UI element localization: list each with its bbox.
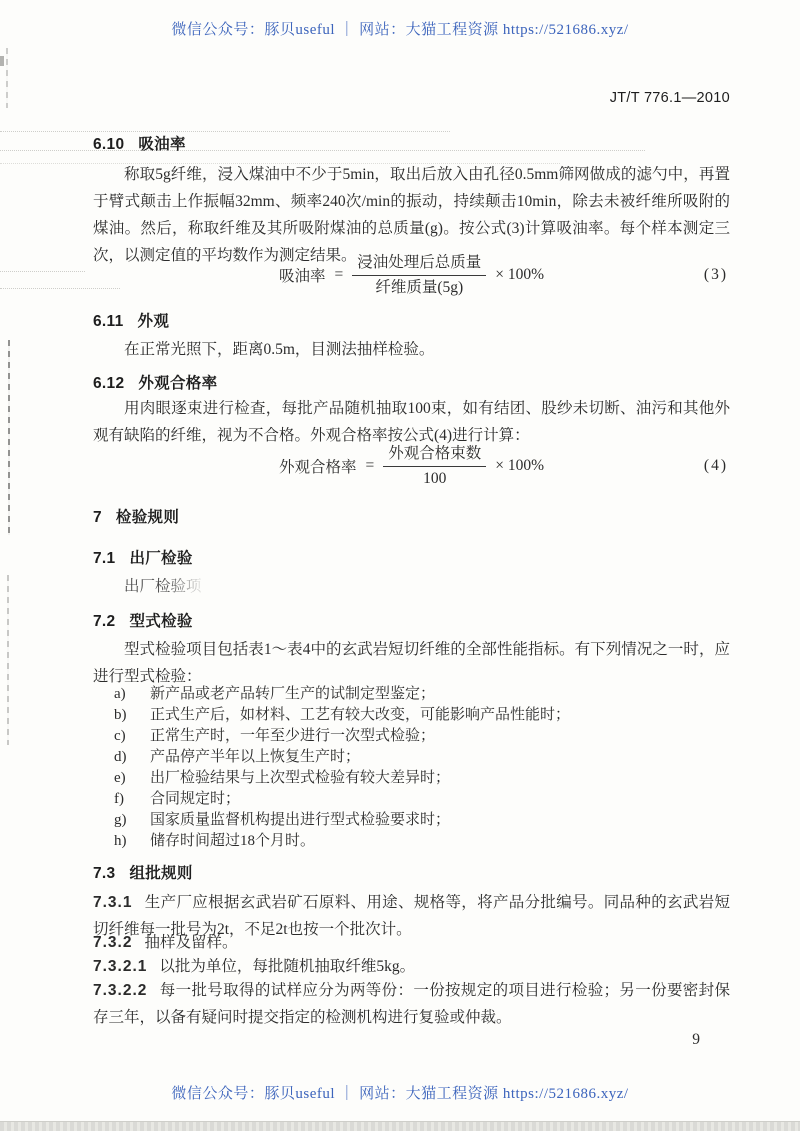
scan-artifact [0,1121,800,1131]
fraction-denominator: 纤维质量(5g) [375,276,463,298]
clause-number: 7.3.2.2 [93,982,147,999]
scan-artifact [8,340,10,535]
list-item: e) 出厂检验结果与上次型式检验有较大差异时； [93,768,730,789]
formula-lhs: 吸油率 [279,264,326,286]
formula-lhs: 外观合格率 [279,455,357,477]
section-heading-7-1: 7.1出厂检验 [93,546,730,568]
fraction: 浸油处理后总质量 纤维质量(5g) [352,253,486,298]
fraction-numerator: 浸油处理后总质量 [352,253,486,276]
list-item: c) 正常生产时，一年至少进行一次型式检验； [93,726,730,747]
list-item-label: b) [93,705,150,726]
list-item-label: h) [93,831,150,852]
list-item: d) 产品停产半年以上恢复生产时； [93,747,730,768]
list-item-text: 出厂检验结果与上次型式检验有较大差异时； [150,768,730,789]
list-item-text: 正常生产时，一年至少进行一次型式检验； [150,726,730,747]
page-number: 9 [692,1031,700,1049]
list-item-text: 正式生产后，如材料、工艺有较大改变，可能影响产品性能时； [150,705,730,726]
clause-number: 7.3.2.1 [93,958,147,975]
section-heading-7-2: 7.2型式检验 [93,609,730,631]
clause-text: 每一批号取得的试样应分为两等份：一份按规定的项目进行检验；另一份要密封保存三年，… [93,982,730,1026]
scan-artifact [6,48,8,108]
watermark-bottom: 微信公众号：豚贝useful ｜ 网站：大猫工程资源 https://52168… [0,1082,800,1103]
list-item: b) 正式生产后，如材料、工艺有较大改变，可能影响产品性能时； [93,705,730,726]
fraction-denominator: 100 [423,467,446,489]
clause-number: 7.3.2 [93,934,132,951]
paragraph-7-2: 型式检验项目包括表1～表4中的玄武岩短切纤维的全部性能指标。有下列情况之一时，应… [93,636,730,690]
list-item-label: f) [93,789,150,810]
formula-tag: (3) [704,266,728,284]
section-title: 外观 [138,313,170,330]
section-number: 7.1 [93,550,115,567]
faded-text: 出厂检验项 [124,573,202,600]
formula-3: 吸油率 = 浸油处理后总质量 纤维质量(5g) × 100% (3) [93,252,730,298]
list-item: a) 新产品或老产品转厂生产的试制定型鉴定； [93,684,730,705]
clause-number: 7.3.1 [93,894,132,911]
clause-7-3-2-1: 7.3.2.1以批为单位，每批随机抽取纤维5kg。 [93,954,730,981]
clause-text: 抽样及留样。 [144,934,237,951]
standard-number: JT/T 776.1—2010 [610,90,730,106]
formula-suffix: × 100% [495,266,544,284]
scan-artifact [7,575,9,745]
list-item-label: a) [93,684,150,705]
section-number: 7.3 [93,865,115,882]
section-number: 6.11 [93,313,124,330]
section-heading-6-11: 6.11外观 [93,309,730,331]
section-title: 检验规则 [116,509,179,526]
formula-tag: (4) [704,457,728,475]
section-number: 7 [93,509,102,526]
equals-sign: = [365,457,374,475]
list-item-text: 新产品或老产品转厂生产的试制定型鉴定； [150,684,730,705]
section-title: 组批规则 [129,865,192,882]
section-title: 型式检验 [129,613,192,630]
formula-4: 外观合格率 = 外观合格束数 100 × 100% (4) [93,443,730,489]
fraction: 外观合格束数 100 [383,444,486,489]
paragraph-6-11: 在正常光照下，距离0.5m，目测法抽样检验。 [93,336,730,363]
clause-7-3-2-2: 7.3.2.2每一批号取得的试样应分为两等份：一份按规定的项目进行检验；另一份要… [93,978,730,1031]
list-item-label: g) [93,810,150,831]
watermark-top: 微信公众号：豚贝useful ｜ 网站：大猫工程资源 https://52168… [0,18,800,39]
list-item-text: 储存时间超过18个月时。 [150,831,730,852]
list-item-label: e) [93,768,150,789]
section-heading-6-12: 6.12外观合格率 [93,371,730,393]
list-item-label: c) [93,726,150,747]
section-title: 出厂检验 [129,550,192,567]
section-number: 6.12 [93,375,124,392]
clause-text: 以批为单位，每批随机抽取纤维5kg。 [159,958,415,975]
scan-artifact [0,56,4,66]
section-heading-7-3: 7.3组批规则 [93,861,730,883]
type-inspection-list: a) 新产品或老产品转厂生产的试制定型鉴定； b) 正式生产后，如材料、工艺有较… [93,684,730,852]
paragraph-7-1: 出厂检验项 [93,573,761,600]
scanned-document-page: 微信公众号：豚贝useful ｜ 网站：大猫工程资源 https://52168… [0,0,800,1131]
fraction-numerator: 外观合格束数 [383,444,486,467]
list-item: f) 合同规定时； [93,789,730,810]
equals-sign: = [334,266,343,284]
section-number: 7.2 [93,613,115,630]
list-item-text: 产品停产半年以上恢复生产时； [150,747,730,768]
clause-7-3-2: 7.3.2抽样及留样。 [93,930,730,957]
section-title: 吸油率 [138,136,185,153]
list-item-text: 国家质量监督机构提出进行型式检验要求时； [150,810,730,831]
section-heading-7: 7检验规则 [93,505,730,527]
list-item-text: 合同规定时； [150,789,730,810]
list-item: h) 储存时间超过18个月时。 [93,831,730,852]
scan-artifact [0,271,85,272]
section-heading-6-10: 6.10吸油率 [93,132,730,154]
list-item: g) 国家质量监督机构提出进行型式检验要求时； [93,810,730,831]
formula-suffix: × 100% [495,457,544,475]
section-title: 外观合格率 [138,375,217,392]
section-number: 6.10 [93,136,124,153]
list-item-label: d) [93,747,150,768]
paragraph-6-12: 用肉眼逐束进行检查，每批产品随机抽取100束，如有结团、股纱未切断、油污和其他外… [93,395,730,449]
